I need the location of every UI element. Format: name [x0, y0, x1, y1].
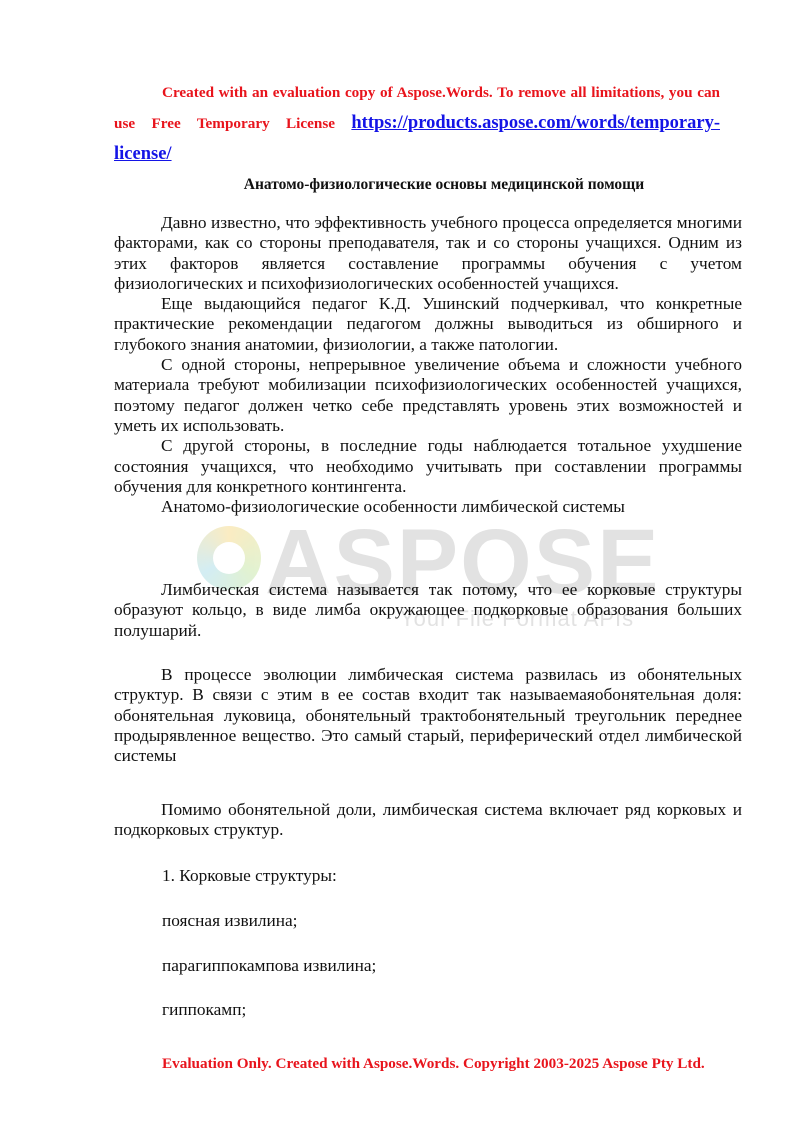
paragraph: Давно известно, что эффективность учебно… [114, 213, 742, 294]
evaluation-footer: Evaluation Only. Created with Aspose.Wor… [162, 1055, 705, 1073]
paragraph: С одной стороны, непрерывное увеличение … [114, 355, 742, 436]
paragraph: В процессе эволюции лимбическая система … [114, 665, 742, 766]
list-item: парагиппокампова извилина; [162, 956, 376, 976]
section-heading: Анатомо-физиологические особенности лимб… [114, 497, 742, 517]
list-item: гиппокамп; [162, 1000, 246, 1020]
list-heading: 1. Корковые структуры: [162, 866, 337, 886]
structures-section: Помимо обонятельной доли, лимбическая си… [114, 800, 742, 841]
intro-section: Давно известно, что эффективность учебно… [114, 213, 742, 517]
document-page: ASPOSE Your File Format APIs Created wit… [0, 0, 800, 1130]
paragraph: Лимбическая система называется так потом… [114, 580, 742, 641]
list-item: поясная извилина; [162, 911, 297, 931]
paragraph: С другой стороны, в последние годы наблю… [114, 436, 742, 497]
limbic-section: Лимбическая система называется так потом… [114, 580, 742, 641]
paragraph: Еще выдающийся педагог К.Д. Ушинский под… [114, 294, 742, 355]
evolution-section: В процессе эволюции лимбическая система … [114, 665, 742, 766]
paragraph: Помимо обонятельной доли, лимбическая си… [114, 800, 742, 841]
evaluation-notice: Created with an evaluation copy of Aspos… [114, 78, 720, 170]
document-title: Анатомо-физиологические основы медицинск… [114, 176, 744, 194]
